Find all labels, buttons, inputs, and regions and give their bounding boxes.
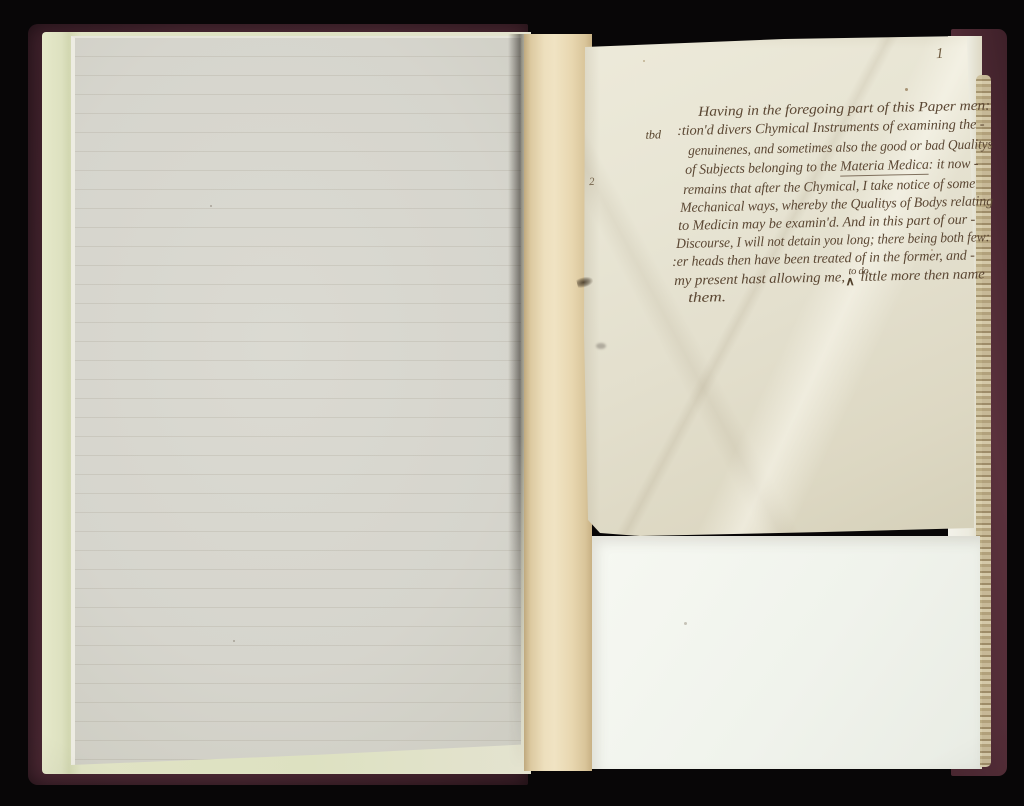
- guard-numeral: 2: [589, 176, 595, 188]
- foxing-speck: [684, 622, 687, 625]
- book-photo: Having in the foregoing part of this Pap…: [0, 0, 1024, 806]
- foxing-speck: [643, 60, 645, 62]
- smudge: [596, 343, 606, 349]
- foxing-speck: [210, 205, 212, 207]
- manuscript-page: [584, 33, 977, 537]
- folio-number: 1: [936, 46, 944, 63]
- foxing-speck: [905, 88, 908, 91]
- white-sheet: [592, 536, 980, 769]
- left-blank-page: [71, 36, 521, 765]
- foxing-speck: [931, 249, 933, 251]
- binding-guard: [524, 34, 592, 771]
- foxing-speck: [233, 640, 235, 642]
